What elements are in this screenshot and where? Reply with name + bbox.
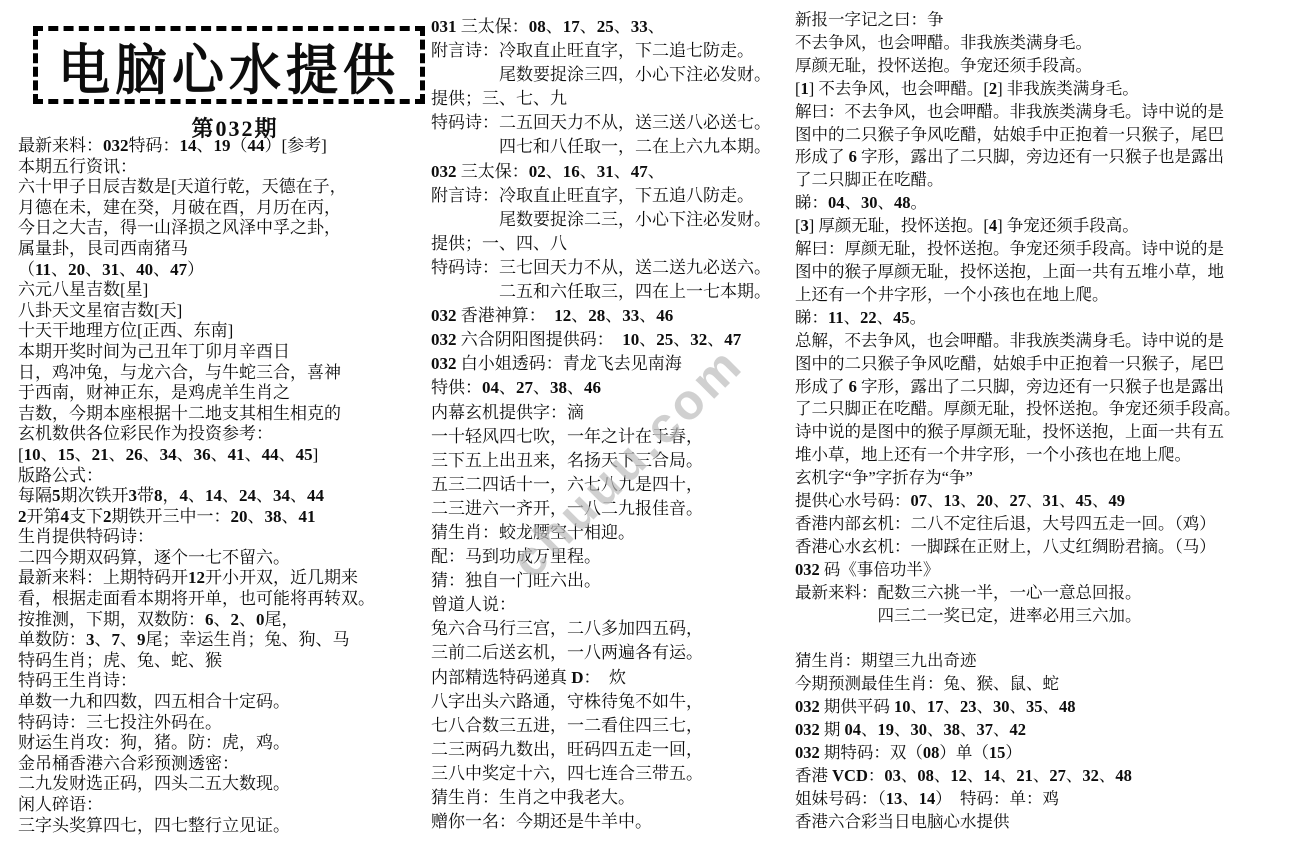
text-line: 解曰：厚颜无耻，投怀送抱。争宠还须手段高。诗中说的是: [795, 238, 1297, 261]
text-line: 生肖提供特码诗：: [18, 527, 430, 548]
text-line: 形成了 6 字形，露出了二只脚，旁边还有一只猴子也是露出: [795, 146, 1297, 169]
text-line: 单数防：3、7、9尾；幸运生肖；兔、狗、马: [18, 630, 430, 651]
text-line: 提供心水号码：07、13、20、27、31、45、49: [795, 490, 1297, 513]
text-line: 香港六合彩当日电脑心水提供: [795, 811, 1297, 834]
text-line: 特码王生肖诗：: [18, 671, 430, 692]
text-line: 金吊桶香港六合彩预测透密：: [18, 754, 430, 775]
page-title: 电脑心水提供: [58, 26, 400, 105]
text-line: 香港 VCD：03、08、12、14、21、27、32、48: [795, 765, 1297, 788]
text-line: 附言诗：冷取直止旺直字，下五追八防走。: [431, 184, 795, 208]
text-line: 了二只脚正在吃醋。厚颜无耻，投怀送抱。争宠还须手段高。: [795, 398, 1297, 421]
text-line: 特码诗：三七投注外码在。: [18, 713, 430, 734]
text-line: 猜生肖：期望三九出奇迹: [795, 650, 1297, 673]
text-line: 看，根据走面看本期将开单，也可能将再转双。: [18, 589, 430, 610]
text-line: 内部精选特码递真 D： 炊: [431, 666, 795, 690]
text-line: 最新来料：上期特码开12开小开双，近几期来: [18, 568, 430, 589]
text-line: 曾道人说：: [431, 593, 795, 617]
text-line: 月德在未，建在癸，月破在酉，月历在丙，: [18, 198, 430, 219]
text-line: 最新来料：配数三六挑一半，一心一意总回报。: [795, 582, 1297, 605]
text-line: 十天干地理方位[正西、东南]: [18, 321, 430, 342]
text-line: 图中的猴子厚颜无耻，投怀送抱，上面一共有五堆小草，地: [795, 261, 1297, 284]
text-line: 八字出头六路通，守株待兔不如牛，: [431, 690, 795, 714]
text-line: 三八中奖定十六，四七连合三带五。: [431, 762, 795, 786]
text-line: 睇：04、30、48。: [795, 192, 1297, 215]
text-line: 形成了 6 字形，露出了二只脚，旁边还有一只猴子也是露出: [795, 376, 1297, 399]
text-line: 财运生肖攻：狗，猪。防：虎，鸡。: [18, 733, 430, 754]
text-line: 图中的二只猴子争风吃醋，姑娘手中正抱着一只猴子，尾巴: [795, 124, 1297, 147]
text-line: 猜生肖：生肖之中我老大。: [431, 786, 795, 810]
text-line: 032 期 04、19、30、38、37、42: [795, 719, 1297, 742]
text-line: 内幕玄机提供字：滴: [431, 401, 795, 425]
text-line: 三前二后送玄机，一八两遍各有运。: [431, 641, 795, 665]
text-line: 厚颜无耻，投怀送抱。争宠还须手段高。: [795, 55, 1297, 78]
text-line: 猜生肖：蛟龙腰空十相迎。: [431, 521, 795, 545]
text-line: 单数一九和四数，四五相合十定码。: [18, 692, 430, 713]
text-line: 按推测，下期，双数防：6、2、0尾，: [18, 610, 430, 631]
text-line: [795, 627, 1297, 650]
text-line: [3] 厚颜无耻，投怀送抱。[4] 争宠还须手段高。: [795, 215, 1297, 238]
text-line: 附言诗：冷取直止旺直字，下二追七防走。: [431, 39, 795, 63]
text-line: 玄机字“争”字折存为“争”: [795, 467, 1297, 490]
text-line: 六元八星吉数[星]: [18, 280, 430, 301]
text-line: 不去争风，也会呷醋。非我族类满身毛。: [795, 32, 1297, 55]
text-line: 堆小草，地上还有一个井字形，一个小孩也在地上爬。: [795, 444, 1297, 467]
text-line: 三下五上出丑来，名扬天下三合局。: [431, 449, 795, 473]
text-line: 2开第4支下2期铁开三中一：20、38、41: [18, 507, 430, 528]
text-line: 八卦天文星宿吉数[天]: [18, 301, 430, 322]
text-line: 031 三太保：08、17、25、33、: [431, 15, 795, 39]
text-line: 每隔5期次铁开3带8，4、14、24、34、44: [18, 486, 430, 507]
text-line: 于西南，财神正东，是鸡虎羊生肖之: [18, 383, 430, 404]
text-line: 闲人碎语：: [18, 795, 430, 816]
text-line: 四三二一奖已定，进率必用三六加。: [795, 605, 1297, 628]
column-left-wuxing-info: 最新来料：032特码：14、19（44）[参考]本期五行资讯：六十甲子日辰吉数是…: [18, 136, 430, 836]
text-line: 尾数要捉涂三四，小心下注必发财。: [431, 63, 795, 87]
text-line: 解曰：不去争风，也会呷醋。非我族类满身毛。诗中说的是: [795, 101, 1297, 124]
text-line: 新报一字记之曰：争: [795, 9, 1297, 32]
text-line: 吉数，今期本座根据十二地支其相生相克的: [18, 404, 430, 425]
text-line: 猜：独自一门旺六出。: [431, 569, 795, 593]
text-line: 二四今期双码算，逐个一七不留六。: [18, 548, 430, 569]
lottery-tip-sheet: 电脑心水提供 第032期 最新来料：032特码：14、19（44）[参考]本期五…: [0, 0, 1300, 857]
text-line: 032 期特码：双（08）单（15）: [795, 742, 1297, 765]
text-line: 二三两码九数出，旺码四五走一回，: [431, 738, 795, 762]
column-right-jieshi: 新报一字记之曰：争不去争风，也会呷醋。非我族类满身毛。厚颜无耻，投怀送抱。争宠还…: [795, 9, 1297, 834]
text-line: 032 期供平码 10、17、23、30、35、48: [795, 696, 1297, 719]
text-line: 图中的二只猴子争风吃醋，姑娘手中正抱着一只猴子，尾巴: [795, 353, 1297, 376]
text-line: 玄机数供各位彩民作为投资参考：: [18, 424, 430, 445]
text-line: 032 白小姐透码：青龙飞去见南海: [431, 352, 795, 376]
text-line: 上还有一个井字形，一个小孩也在地上爬。: [795, 284, 1297, 307]
text-line: 睇：11、22、45。: [795, 307, 1297, 330]
text-line: 尾数要捉涂二三，小心下注必发财。: [431, 208, 795, 232]
text-line: 提供；三、七、九: [431, 87, 795, 111]
text-line: 三字头奖算四七，四七整行立见证。: [18, 816, 430, 837]
masthead-dashed-box: 电脑心水提供: [33, 26, 425, 104]
text-line: 兔六合马行三宫，二八多加四五码，: [431, 617, 795, 641]
text-line: 今期预测最佳生肖：兔、猴、鼠、蛇: [795, 673, 1297, 696]
text-line: 特码诗：三七回天力不从，送二送九必送六。: [431, 256, 795, 280]
text-line: 四七和八任取一，二在上六九本期。: [431, 135, 795, 159]
text-line: 032 六合阴阳图提供码： 10、25、32、47: [431, 328, 795, 352]
text-line: 姐妹号码：（13、14） 特码：单：鸡: [795, 788, 1297, 811]
text-line: 特供：04、27、38、46: [431, 376, 795, 400]
text-line: 诗中说的是图中的猴子厚颜无耻，投怀送抱，上面一共有五: [795, 421, 1297, 444]
text-line: 赠你一名：今期还是牛羊中。: [431, 810, 795, 834]
text-line: 配：马到功成万里程。: [431, 545, 795, 569]
text-line: 032 香港神算： 12、28、33、46: [431, 304, 795, 328]
text-line: 特码诗：二五回天力不从，送三送八必送七。: [431, 111, 795, 135]
text-line: 了二只脚正在吃醋。: [795, 169, 1297, 192]
text-line: 提供；一、四、八: [431, 232, 795, 256]
text-line: 五三二四话十一，六七八九是四十，: [431, 473, 795, 497]
text-line: [10、15、21、26、34、36、41、44、45]: [18, 445, 430, 466]
text-line: 032 三太保：02、16、31、47、: [431, 160, 795, 184]
text-line: 属量卦，艮司西南猪马: [18, 239, 430, 260]
text-line: 特码生肖；虎、兔、蛇、猴: [18, 651, 430, 672]
text-line: 032 码《事倍功半》: [795, 559, 1297, 582]
text-line: 日，鸡冲兔，与龙六合，与牛蛇三合，喜神: [18, 363, 430, 384]
text-line: 香港内部玄机：二八不定往后退，大号四五走一回。（鸡）: [795, 513, 1297, 536]
text-line: 香港心水玄机：一脚踩在正财上，八丈红绸盼君摘。（马）: [795, 536, 1297, 559]
text-line: 本期开奖时间为己丑年丁卯月辛酉日: [18, 342, 430, 363]
text-line: 二五和六任取三，四在上一七本期。: [431, 280, 795, 304]
text-line: 今日之大吉，得一山泽损之风泽中孚之卦，: [18, 218, 430, 239]
text-line: 版路公式：: [18, 466, 430, 487]
text-line: 二九发财选正码，四头二五大数现。: [18, 774, 430, 795]
text-line: 总解，不去争风，也会呷醋。非我族类满身毛。诗中说的是: [795, 330, 1297, 353]
text-line: 最新来料：032特码：14、19（44）[参考]: [18, 136, 430, 157]
text-line: 一十轻风四七吹，一年之计在于春，: [431, 425, 795, 449]
text-line: 七八合数三五进，一二看住四三七，: [431, 714, 795, 738]
text-line: 二三进六一齐开，一八二九报佳音。: [431, 497, 795, 521]
column-middle-santaibao: 031 三太保：08、17、25、33、附言诗：冷取直止旺直字，下二追七防走。 …: [431, 15, 795, 834]
text-line: [1] 不去争风，也会呷醋。[2] 非我族类满身毛。: [795, 78, 1297, 101]
text-line: （11、20、31、40、47）: [18, 260, 430, 281]
text-line: 本期五行资讯：: [18, 157, 430, 178]
text-line: 六十甲子日辰吉数是[天道行乾，天德在子，: [18, 177, 430, 198]
